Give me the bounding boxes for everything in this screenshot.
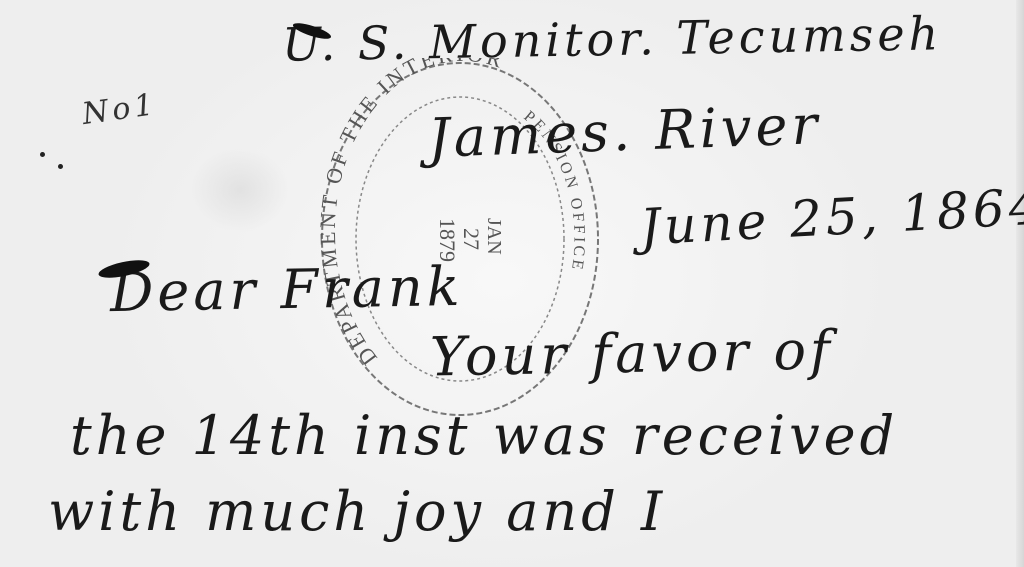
stamp-month: JAN — [483, 218, 505, 255]
letter-date: June 25, 1864 — [639, 177, 1024, 256]
letter-header-location: James. River — [427, 93, 822, 170]
stamp-day: 27 — [459, 228, 484, 250]
letter-body-line-3: with much joy and I — [48, 480, 666, 543]
page-edge — [1016, 0, 1024, 567]
ink-mark — [58, 164, 63, 169]
letter-body-line-2: the 14th inst was received — [70, 404, 898, 467]
letter-page: No1 DEPARTMENT OF THE INTERIOR PENSION O… — [0, 0, 1024, 567]
corner-note: No1 — [80, 87, 160, 132]
letter-body-line-1: Your favor of — [429, 318, 834, 388]
ink-mark — [40, 152, 45, 157]
letter-salutation: Dear Frank — [109, 255, 463, 324]
letter-header-ship: U. S. Monitor. Tecumseh — [282, 6, 943, 72]
